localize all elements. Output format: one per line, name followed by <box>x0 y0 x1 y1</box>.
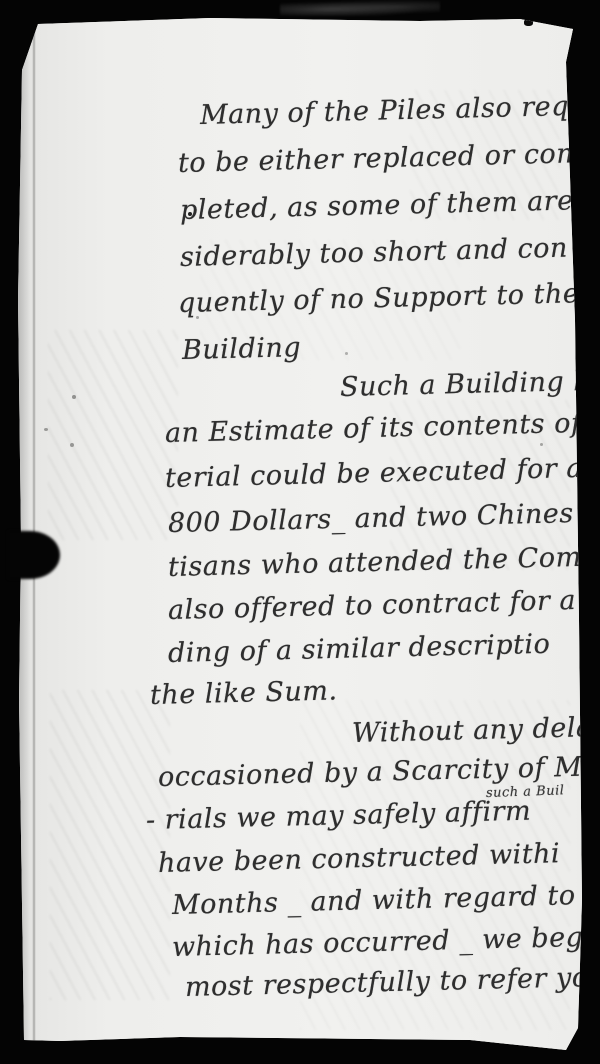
manuscript-line: an Estimate of its contents of m <box>165 407 600 449</box>
manuscript-line: Building <box>182 332 302 366</box>
manuscript-line: Months _ and with regard to <box>172 880 576 921</box>
manuscript-page: Many of the Piles also requito be either… <box>0 0 600 1064</box>
ink-speck <box>196 316 199 319</box>
manuscript-line: - rials we may safely affirm <box>146 796 532 836</box>
manuscript-line: Many of the Piles also requi <box>200 90 597 131</box>
ink-speck <box>345 352 348 355</box>
manuscript-line: most respectfully to refer you <box>185 962 600 1003</box>
manuscript-line: pleted, as some of them are c <box>180 185 599 226</box>
manuscript-line: tisans who attended the Comm <box>168 541 600 583</box>
ink-speck <box>70 443 74 447</box>
scanned-document-view: Many of the Piles also requito be either… <box>0 0 600 1064</box>
ink-speck <box>524 19 533 26</box>
manuscript-line: terial could be executed for a <box>165 453 584 494</box>
manuscript-line: also offered to contract for a Bu <box>168 584 600 626</box>
manuscript-line: Such a Building by <box>340 365 600 403</box>
handwritten-text-layer: Many of the Piles also requito be either… <box>0 0 600 1064</box>
ink-speck <box>72 395 76 399</box>
manuscript-line: siderably too short and con <box>180 233 569 273</box>
ink-speck <box>540 443 543 446</box>
manuscript-line: to be either replaced or com <box>178 138 583 179</box>
manuscript-line: 800 Dollars_ and two Chines <box>168 498 574 539</box>
interlinear-insertion: such a Buil <box>486 783 565 801</box>
ink-speck <box>44 428 48 431</box>
manuscript-line: ding of a similar descriptio <box>168 629 551 669</box>
manuscript-line: quently of no Support to the <box>178 278 580 319</box>
manuscript-line: the like Sum. <box>150 675 338 711</box>
manuscript-line: which has occurred _ we beg <box>172 922 584 963</box>
ink-speck <box>188 212 192 216</box>
manuscript-line: Without any dela <box>352 712 593 749</box>
manuscript-line: have been constructed withi <box>158 838 561 879</box>
